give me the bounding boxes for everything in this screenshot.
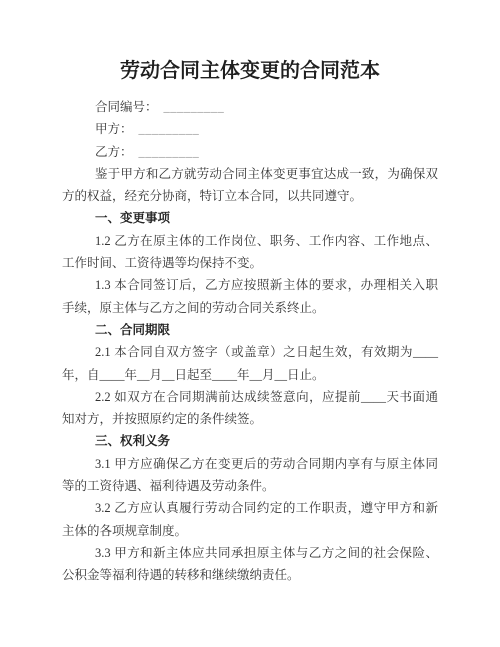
paragraph-preamble: 鉴于甲方和乙方就劳动合同主体变更事宜达成一致，为确保双方的权益，经充分协商，特订… xyxy=(62,163,438,208)
paragraph-3-3: 3.3 甲方和新主体应共同承担原主体与乙方之间的社会保险、公积金等福利待遇的转移… xyxy=(62,542,438,587)
contract-number-label: 合同编号： xyxy=(95,100,158,114)
contract-number-blank: _________ xyxy=(164,100,225,114)
field-contract-number: 合同编号：_________ xyxy=(62,96,438,118)
section-heading-change-items: 一、变更事项 xyxy=(62,207,438,229)
party-b-blank: _________ xyxy=(139,145,200,159)
paragraph-2-2: 2.2 如双方在合同期满前达成续签意向，应提前____天书面通知对方，并按照原约… xyxy=(62,386,438,431)
paragraph-2-1: 2.1 本合同自双方签字（或盖章）之日起生效，有效期为____年，自____年_… xyxy=(62,341,438,386)
contract-document: 劳动合同主体变更的合同范本 合同编号：_________ 甲方：________… xyxy=(62,50,438,587)
paragraph-3-2: 3.2 乙方应认真履行劳动合同约定的工作职责，遵守甲方和新主体的各项规章制度。 xyxy=(62,497,438,542)
section-heading-rights-obligations: 三、权利义务 xyxy=(62,430,438,452)
party-a-blank: _________ xyxy=(139,122,200,136)
document-title: 劳动合同主体变更的合同范本 xyxy=(62,57,438,85)
section-heading-contract-term: 二、合同期限 xyxy=(62,319,438,341)
paragraph-1-3: 1.3 本合同签订后，乙方应按照新主体的要求，办理相关入职手续，原主体与乙方之间… xyxy=(62,274,438,319)
party-a-label: 甲方： xyxy=(95,122,133,136)
paragraph-3-1: 3.1 甲方应确保乙方在变更后的劳动合同期内享有与原主体同等的工资待遇、福利待遇… xyxy=(62,453,438,498)
field-party-a: 甲方：_________ xyxy=(62,118,438,140)
paragraph-1-2: 1.2 乙方在原主体的工作岗位、职务、工作内容、工作地点、工作时间、工资待遇等均… xyxy=(62,230,438,275)
field-party-b: 乙方：_________ xyxy=(62,141,438,163)
party-b-label: 乙方： xyxy=(95,145,133,159)
document-page: 劳动合同主体变更的合同范本 合同编号：_________ 甲方：________… xyxy=(0,0,500,647)
